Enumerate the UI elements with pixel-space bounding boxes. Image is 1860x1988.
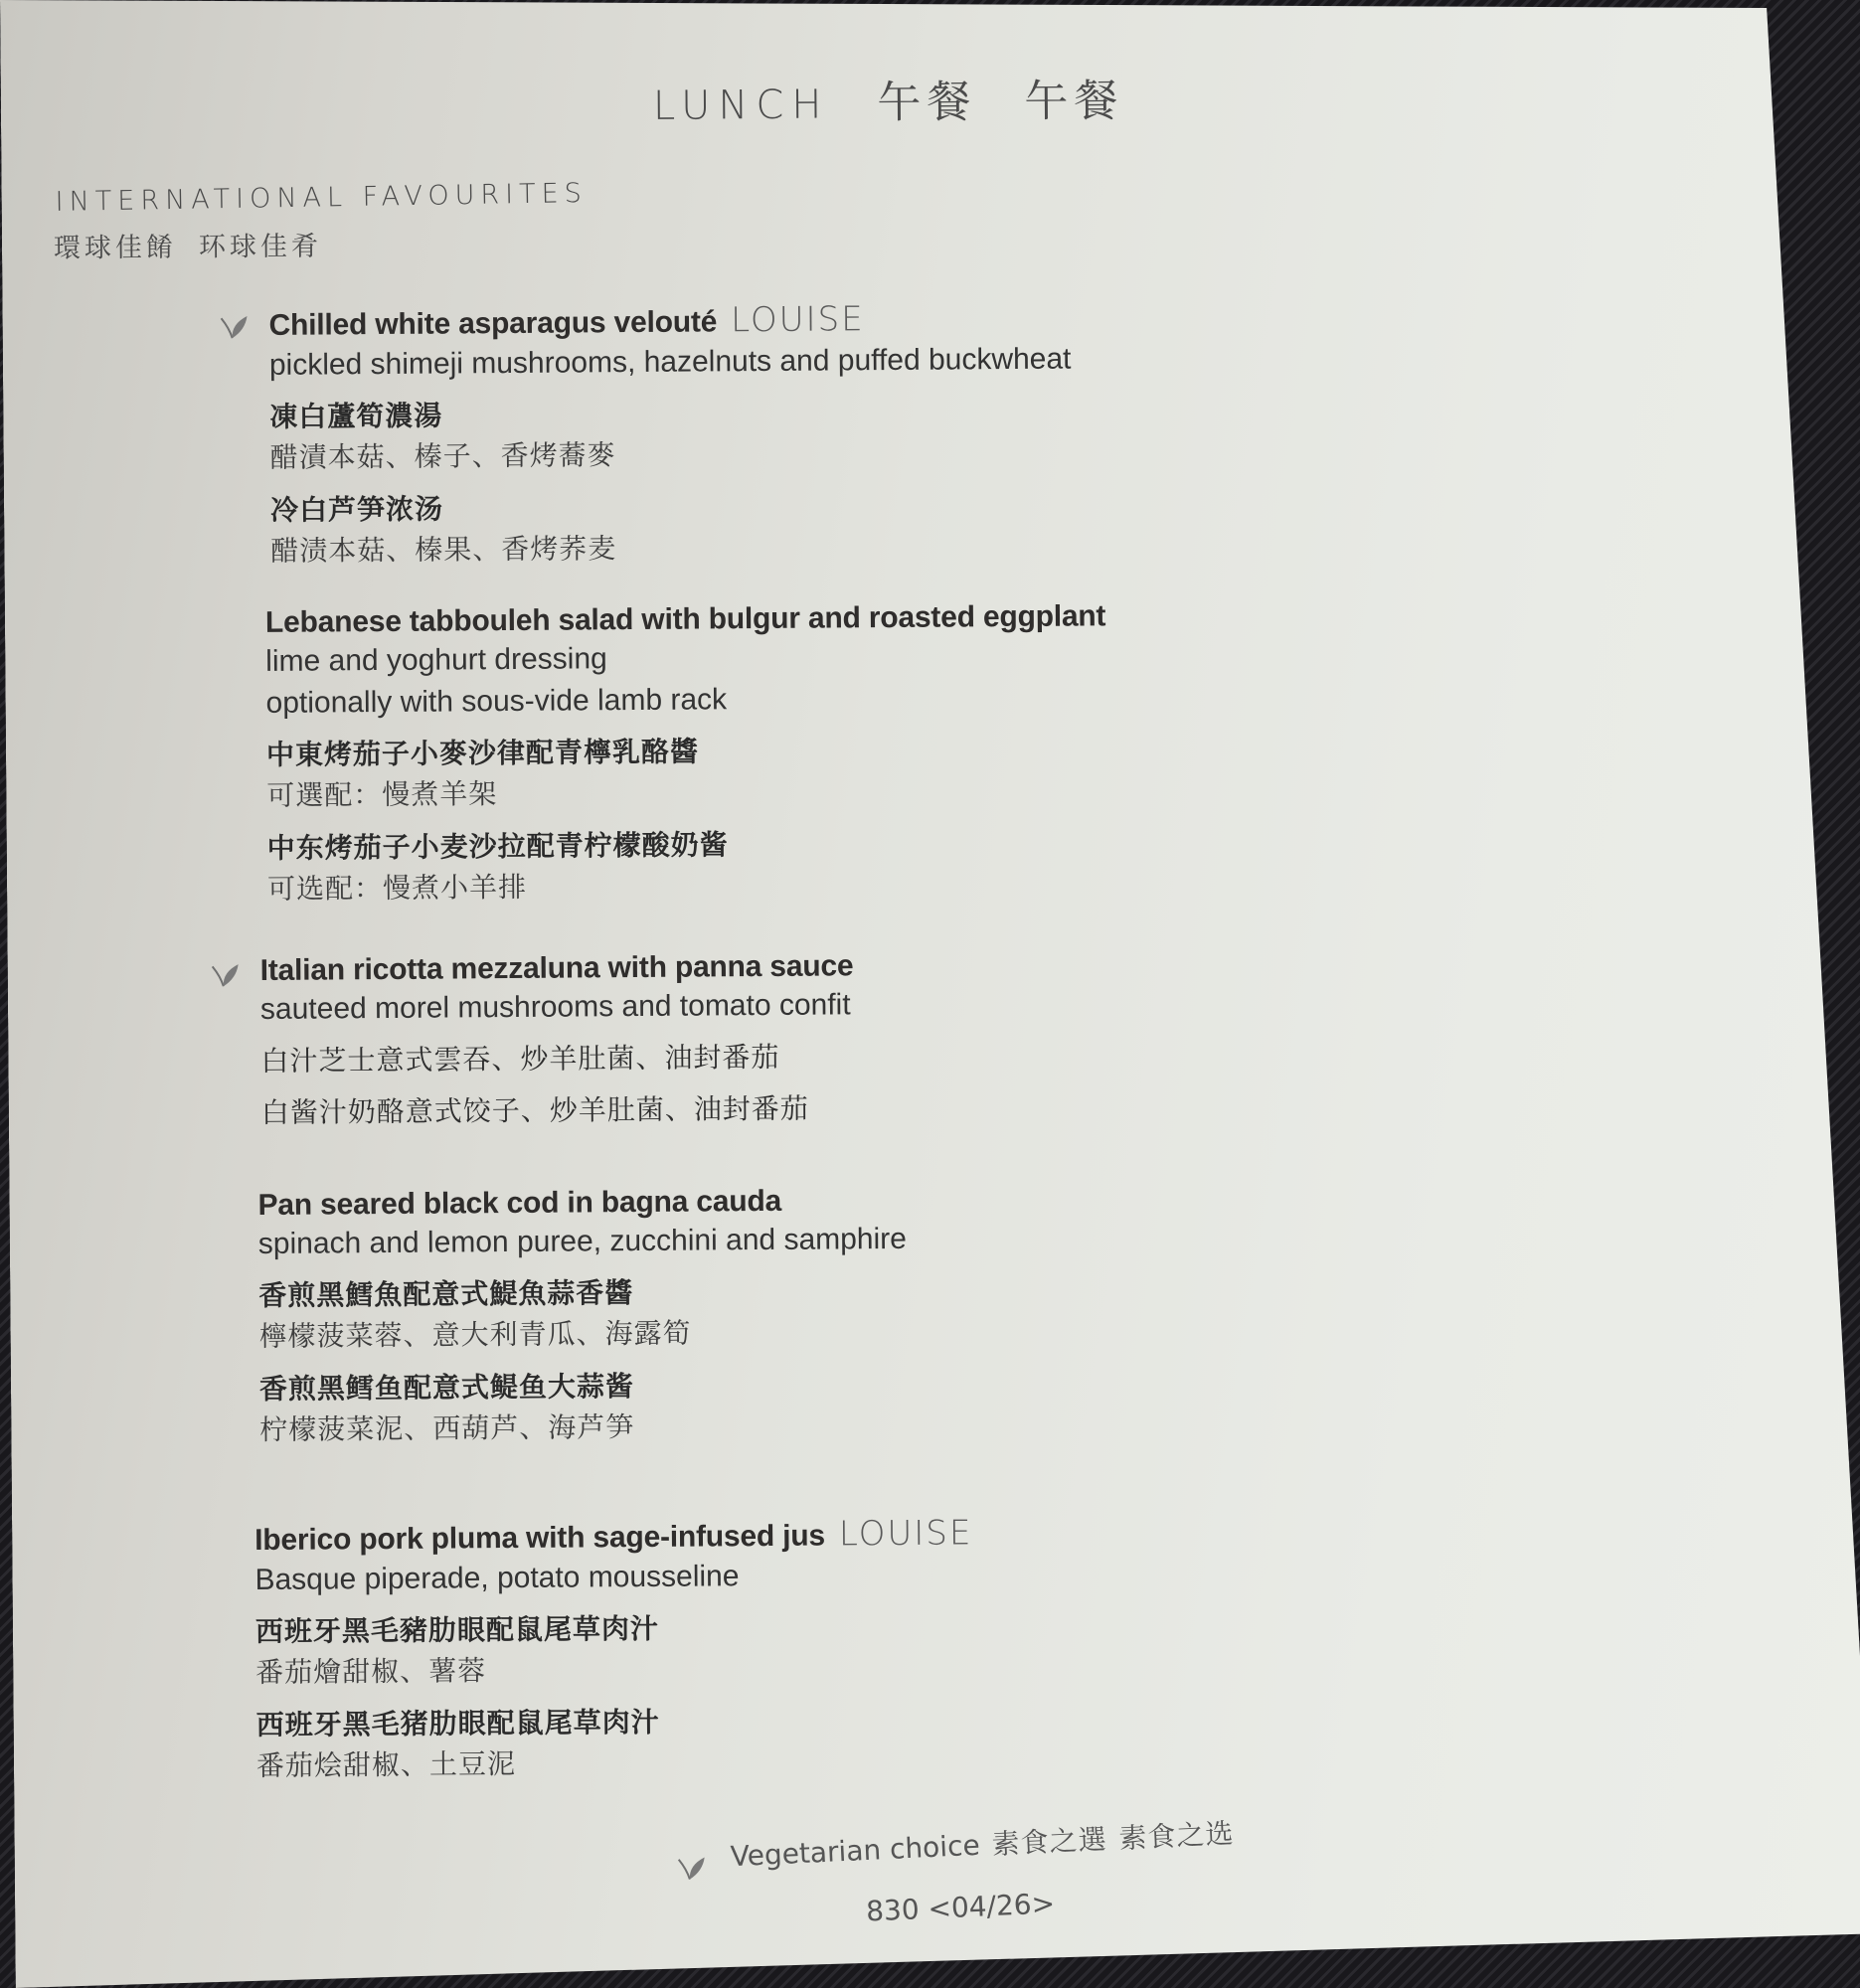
dish-name-zh-simplified: 冷白芦笋浓汤 — [270, 485, 1073, 531]
menu-title: LUNCH午餐午餐 — [653, 65, 1172, 132]
title-zh-simplified: 午餐 — [1024, 76, 1123, 127]
dish-name-zh-simplified: 白酱汁奶酪意式饺子、炒羊肚菌、油封番茄 — [261, 1088, 855, 1133]
dish-item: Chilled white asparagus veloutéLOUISE pi… — [268, 298, 1073, 573]
legend-label-zh-simplified: 素食之选 — [1118, 1817, 1235, 1855]
dish-name-zh-traditional: 中東烤茄子小麥沙律配青檸乳酪醬 — [266, 729, 1107, 775]
legend-label: Vegetarian choice — [730, 1829, 980, 1874]
dish-desc-zh-traditional: 番茄燴甜椒、薯蓉 — [255, 1646, 974, 1694]
dish-name-zh-simplified: 中东烤茄子小麦沙拉配青柠檬酸奶酱 — [267, 822, 1108, 869]
section-zh-traditional: 環球佳餚 — [54, 233, 177, 264]
menu-code: 830 <04/26> — [865, 1887, 1055, 1927]
dish-description: sauteed morel mushrooms and tomato confi… — [260, 985, 854, 1030]
title-en: LUNCH — [653, 82, 830, 128]
dish-name: Lebanese tabbouleh salad with bulgur and… — [265, 599, 1106, 639]
leaf-icon — [217, 310, 251, 344]
dish-desc-zh-traditional: 檸檬菠菜蓉、意大利青瓜、海露筍 — [258, 1311, 907, 1358]
dish-tag: LOUISE — [731, 299, 865, 340]
section-heading: INTERNATIONAL FAVOURITES — [55, 178, 588, 218]
dish-description: spinach and lemon puree, zucchini and sa… — [258, 1220, 907, 1264]
dish-item: Pan seared black cod in bagna cauda spin… — [257, 1184, 908, 1451]
dish-desc-zh-simplified: 番茄烩甜椒、土豆泥 — [256, 1739, 975, 1787]
menu-card: LUNCH午餐午餐 INTERNATIONAL FAVOURITES 環球佳餚环… — [0, 0, 1860, 1988]
dish-name-zh-traditional: 西班牙黑毛豬肋眼配鼠尾草肉汁 — [255, 1606, 974, 1652]
dish-item: Italian ricotta mezzaluna with panna sau… — [260, 949, 855, 1133]
dish-description: pickled shimeji mushrooms, hazelnuts and… — [269, 340, 1072, 386]
dish-name-zh-traditional: 白汁芝士意式雲吞、炒羊肚菌、油封番茄 — [260, 1037, 854, 1081]
dish-name-zh-traditional: 香煎黑鱈魚配意式鯷魚蒜香醬 — [258, 1271, 907, 1316]
leaf-icon — [675, 1851, 709, 1885]
dish-name-zh-simplified: 香煎黑鳕鱼配意式鳀鱼大蒜酱 — [259, 1365, 908, 1409]
dish-desc-zh-simplified: 醋渍本菇、榛果、香烤荞麦 — [270, 525, 1073, 573]
dish-desc-zh-traditional: 可選配：慢煮羊架 — [266, 768, 1107, 817]
dish-item: Iberico pork pluma with sage-infused jus… — [254, 1513, 974, 1787]
dish-name-zh-simplified: 西班牙黑毛猪肋眼配鼠尾草肉汁 — [255, 1700, 974, 1745]
dish-item: Lebanese tabbouleh salad with bulgur and… — [265, 599, 1108, 911]
dish-name: Iberico pork pluma with sage-infused jus — [254, 1520, 825, 1558]
legend-label-zh-traditional: 素食之選 — [991, 1823, 1107, 1861]
section-zh-simplified: 环球佳肴 — [199, 231, 322, 262]
title-zh-traditional: 午餐 — [877, 77, 976, 128]
dish-desc-zh-traditional: 醋漬本菇、榛子、香烤蕎麥 — [269, 431, 1072, 479]
leaf-icon — [209, 958, 243, 992]
dish-desc-zh-simplified: 柠檬菠菜泥、西葫芦、海芦笋 — [259, 1405, 908, 1451]
dish-description: Basque piperade, potato mousseline — [254, 1555, 973, 1600]
dish-name-zh-traditional: 凍白蘆筍濃湯 — [269, 392, 1072, 437]
section-heading-zh: 環球佳餚环球佳肴 — [54, 224, 344, 264]
vegetarian-legend: Vegetarian choice素食之選素食之选 — [730, 1812, 1235, 1875]
dish-description: optionally with sous-vide lamb rack — [265, 677, 1106, 724]
dish-desc-zh-simplified: 可选配：慢煮小羊排 — [267, 862, 1108, 911]
dish-name: Chilled white asparagus velouté — [268, 305, 717, 342]
dish-description: lime and yoghurt dressing — [265, 635, 1106, 682]
dish-tag: LOUISE — [839, 1513, 973, 1554]
dish-name: Italian ricotta mezzaluna with panna sau… — [260, 949, 854, 987]
dish-name: Pan seared black cod in bagna cauda — [257, 1185, 781, 1222]
